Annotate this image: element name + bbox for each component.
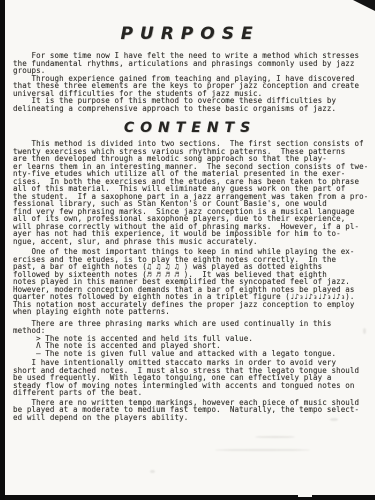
tempo-paragraph: There are no written tempo markings, how… [13, 399, 367, 422]
text-line: when playing eighth note patterns. [13, 308, 367, 316]
contents-title: CONTENTS [13, 120, 367, 136]
text-line: ngue, accent, slur, and phrase this musi… [13, 238, 367, 246]
text-line: the fundamental rhythms, articulations a… [13, 60, 367, 68]
scan-edge-bottom-notch [298, 495, 312, 497]
purpose-title: PURPOSE [13, 25, 367, 44]
scan-smudge [363, 328, 366, 334]
staccato-paragraph: I have intentionally omitted staccato ma… [13, 359, 367, 397]
text-line: different parts of the beat. [13, 389, 367, 397]
scan-smudge [150, 470, 155, 473]
scan-edge-left [0, 0, 5, 500]
scanned-page: PURPOSE For some time now I have felt th… [0, 0, 375, 500]
text-line: — The note is given full value and attac… [13, 350, 367, 358]
text-line: delineating a comprehensive approach to … [13, 105, 367, 113]
scan-smudge [215, 449, 310, 451]
text-line: There are three phrasing marks which are… [13, 320, 367, 328]
contents-intro-paragraph: This method is divided into two sections… [13, 140, 367, 245]
scan-edge-bottom [5, 495, 375, 500]
page-content: PURPOSE For some time now I have felt th… [13, 0, 367, 492]
purpose-paragraph: For some time now I have felt the need t… [13, 52, 367, 112]
phrasing-marks-intro: There are three phrasing marks which are… [13, 320, 367, 335]
eighth-notes-paragraph: One of the most important things to keep… [13, 248, 367, 316]
scan-smudge [255, 436, 295, 438]
text-line: ed will depend on the players ability. [13, 414, 367, 422]
phrasing-marks-list: > The note is accented and held its full… [13, 335, 367, 358]
scan-smudge [330, 418, 338, 421]
